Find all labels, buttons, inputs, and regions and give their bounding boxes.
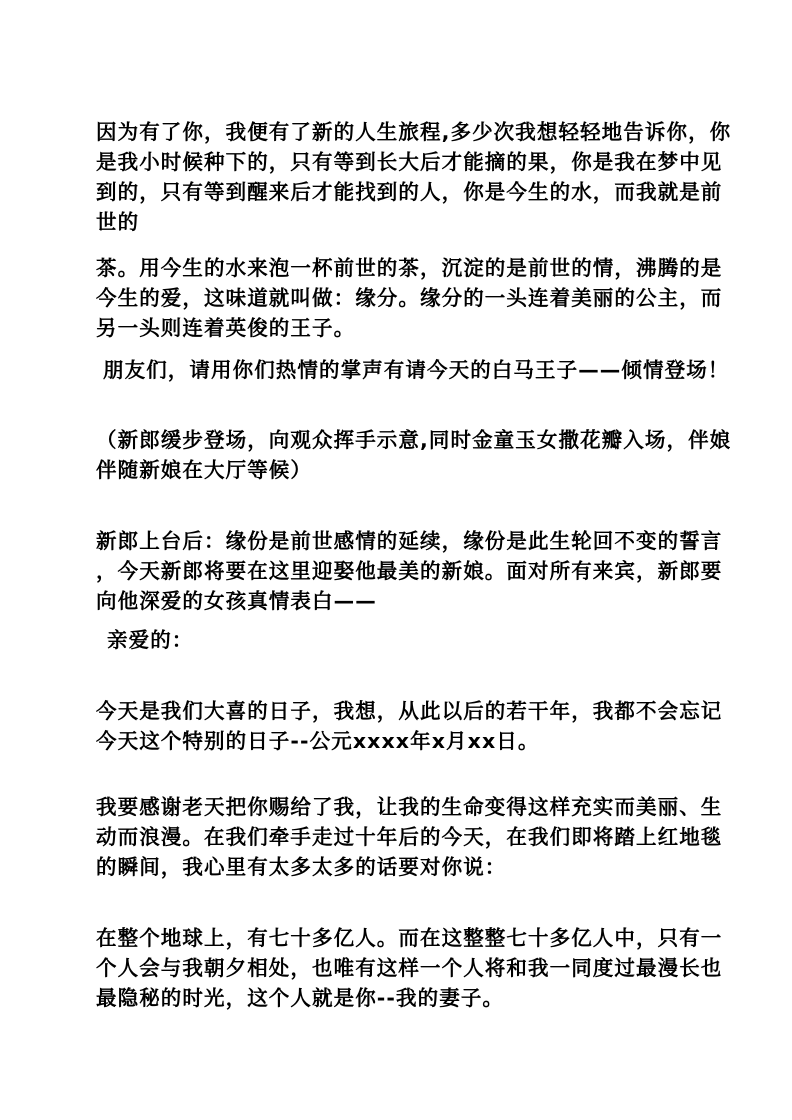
text-line: 今天这个特别的日子--公元xxxx年x月xx日。 (96, 726, 539, 756)
text-line: 因为有了你，我便有了新的人生旅程,多少次我想轻轻地告诉你，你 (96, 117, 731, 147)
text-line: 最隐秘的时光，这个人就是你--我的妻子。 (96, 983, 504, 1013)
text-line: 亲爱的： (107, 625, 193, 655)
text-line: 世的 (96, 207, 139, 237)
text-line: 伴随新娘在大厅等候） (96, 455, 312, 485)
text-line: 今生的爱，这味道就叫做：缘分。缘分的一头连着美丽的公主，而 (96, 283, 722, 313)
text-line: ，今天新郎将要在这里迎娶他最美的新娘。面对所有来宾，新郎要 (96, 556, 722, 586)
text-line: （新郎缓步登场，向观众挥手示意,同时金童玉女撒花瓣入场，伴娘 (96, 425, 731, 455)
text-line: 是我小时候种下的，只有等到长大后才能摘的果，你是我在梦中见 (96, 147, 722, 177)
text-line: 到的，只有等到醒来后才能找到的人，你是今生的水，而我就是前 (96, 177, 722, 207)
text-line: 朋友们，请用你们热情的掌声有请今天的白马王子——倾情登场！ (103, 355, 729, 385)
text-line: 我要感谢老天把你赐给了我，让我的生命变得这样充实而美丽、生 (96, 792, 722, 822)
text-line: 在整个地球上，有七十多亿人。而在这整整七十多亿人中，只有一 (96, 923, 722, 953)
text-line: 今天是我们大喜的日子，我想，从此以后的若干年，我都不会忘记 (96, 696, 722, 726)
text-line: 茶。用今生的水来泡一杯前世的茶，沉淀的是前世的情，沸腾的是 (96, 253, 722, 283)
text-line: 个人会与我朝夕相处，也唯有这样一个人将和我一同度过最漫长也 (96, 953, 722, 983)
text-line: 的瞬间，我心里有太多太多的话要对你说： (96, 852, 506, 882)
text-line: 新郎上台后：缘份是前世感情的延续，缘份是此生轮回不变的誓言 (96, 526, 722, 556)
document-page: 因为有了你，我便有了新的人生旅程,多少次我想轻轻地告诉你，你 是我小时候种下的，… (0, 0, 792, 1120)
text-line: 向他深爱的女孩真情表白—— (96, 586, 377, 616)
text-line: 另一头则连着英俊的王子。 (96, 313, 355, 343)
text-line: 动而浪漫。在我们牵手走过十年后的今天，在我们即将踏上红地毯 (96, 822, 722, 852)
